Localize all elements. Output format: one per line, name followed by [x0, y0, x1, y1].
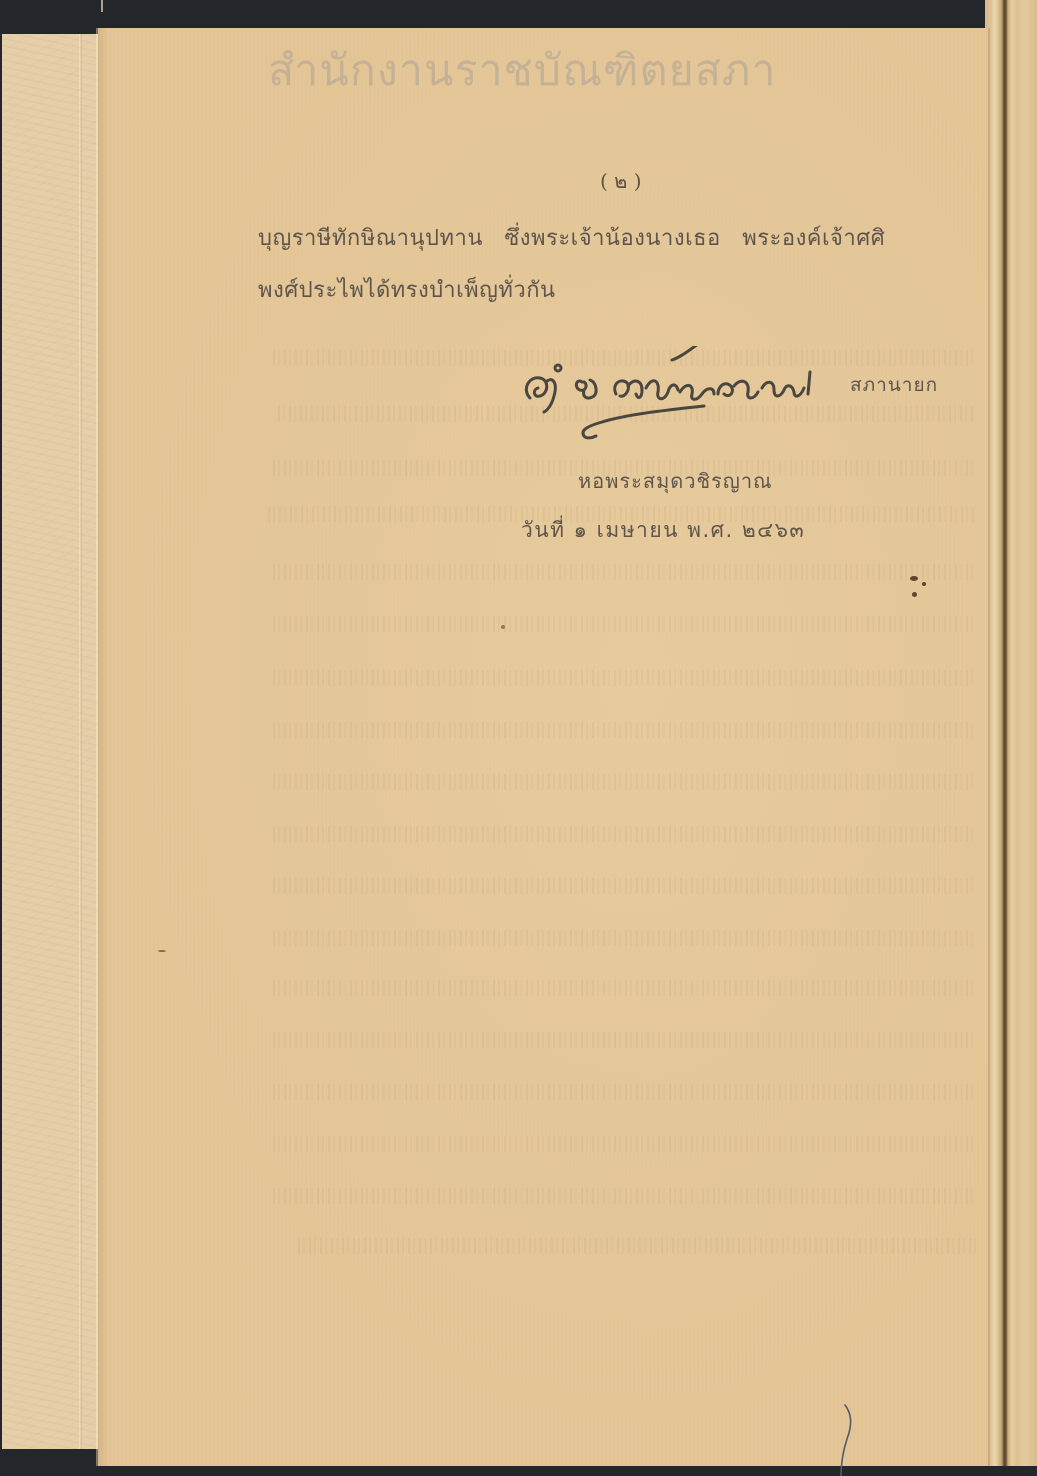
- bleed-through-line: [273, 878, 976, 894]
- bleed-through-line: [273, 980, 976, 996]
- body-text-line-2: พงศ์ประไพได้ทรงบำเพ็ญทั่วกัน: [258, 272, 556, 307]
- signer-title: สภานายก: [850, 370, 938, 400]
- location-line: หอพระสมุดวชิรญาณ: [578, 465, 773, 497]
- paper-speck: [158, 950, 166, 952]
- body-text-line-1: บุญราษีทักษิณานุปทาน ซึ่งพระเจ้าน้องนางเ…: [258, 220, 885, 255]
- bleed-through-line: [273, 1188, 976, 1204]
- cover-flap: [2, 34, 102, 1449]
- scan-artifact: [100, 0, 104, 14]
- watermark-header: สำนักงานราชบัณฑิตยสภา: [268, 36, 777, 104]
- handwritten-signature: [518, 346, 838, 446]
- bleed-through-line: [273, 774, 976, 790]
- pen-mark: [833, 1403, 863, 1476]
- book-spine-edge: [985, 0, 1037, 1466]
- bleed-through-line: [273, 930, 976, 946]
- bleed-through-line: [273, 616, 976, 632]
- document-page: สำนักงานราชบัณฑิตยสภา ( ๒ ) บุญราษีทักษิ…: [98, 28, 988, 1466]
- scanned-document: สำนักงานราชบัณฑิตยสภา ( ๒ ) บุญราษีทักษิ…: [0, 0, 1037, 1476]
- bleed-through-line: [273, 564, 976, 580]
- bleed-through-line: [273, 1032, 976, 1048]
- ink-stain: [922, 582, 926, 586]
- ink-stain: [912, 592, 917, 597]
- bleed-through-line: [273, 1136, 976, 1152]
- bleed-through-line: [298, 1238, 976, 1254]
- ink-stain: [910, 576, 918, 581]
- bleed-through-line: [273, 670, 976, 686]
- date-line: วันที่ ๑ เมษายน พ.ศ. ๒๔๖๓: [521, 514, 805, 547]
- bleed-through-line: [273, 1084, 976, 1100]
- paper-speck: [501, 625, 505, 629]
- bleed-through-line: [273, 826, 976, 842]
- page-number: ( ๒ ): [600, 165, 642, 197]
- bleed-through-line: [273, 722, 976, 738]
